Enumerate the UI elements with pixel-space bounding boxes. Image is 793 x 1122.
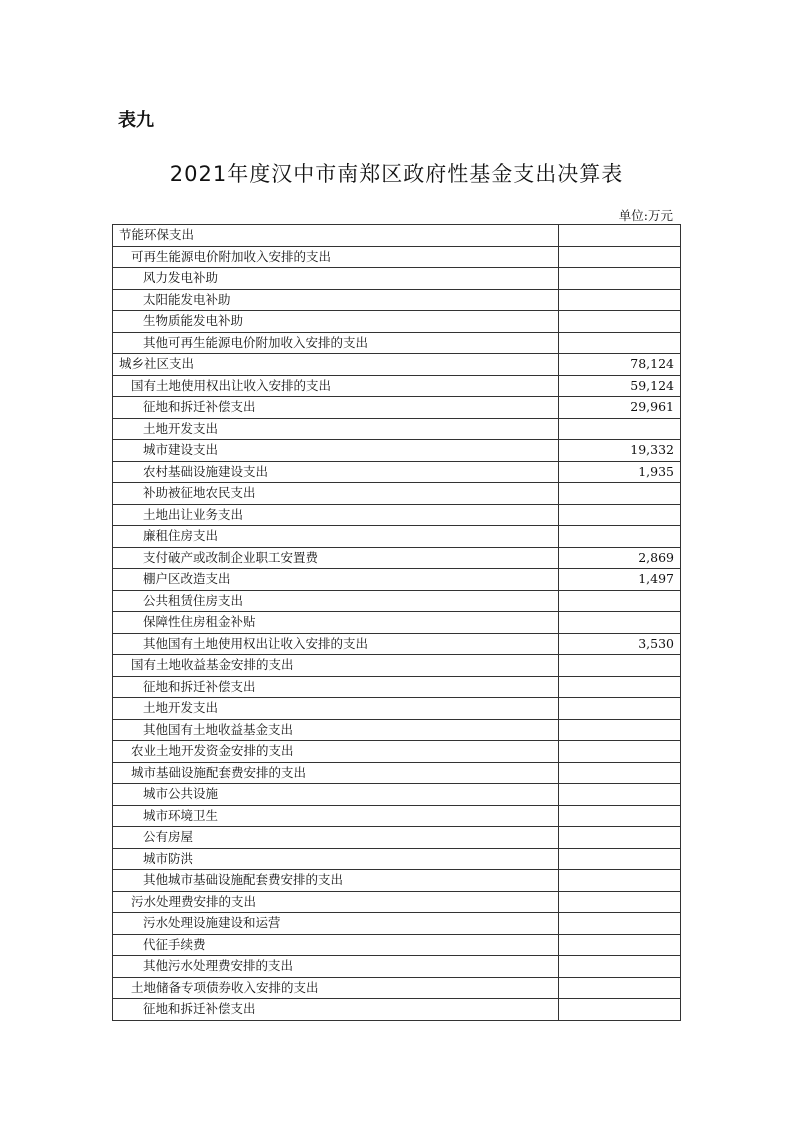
row-value <box>559 719 681 741</box>
table-row: 农业土地开发资金安排的支出 <box>113 741 681 763</box>
row-name: 公共租赁住房支出 <box>113 590 559 612</box>
row-value <box>559 848 681 870</box>
row-value <box>559 870 681 892</box>
table-body: 节能环保支出可再生能源电价附加收入安排的支出风力发电补助太阳能发电补助生物质能发… <box>113 225 681 1021</box>
row-name: 节能环保支出 <box>113 225 559 247</box>
row-name: 棚户区改造支出 <box>113 569 559 591</box>
row-name: 城乡社区支出 <box>113 354 559 376</box>
row-name: 农村基础设施建设支出 <box>113 461 559 483</box>
row-name: 土地开发支出 <box>113 418 559 440</box>
row-name: 污水处理设施建设和运营 <box>113 913 559 935</box>
row-name: 城市建设支出 <box>113 440 559 462</box>
row-name: 其他城市基础设施配套费安排的支出 <box>113 870 559 892</box>
row-name: 城市防洪 <box>113 848 559 870</box>
row-value <box>559 526 681 548</box>
row-value <box>559 805 681 827</box>
table-row: 征地和拆迁补偿支出29,961 <box>113 397 681 419</box>
table-row: 征地和拆迁补偿支出 <box>113 676 681 698</box>
row-name: 国有土地使用权出让收入安排的支出 <box>113 375 559 397</box>
table-row: 廉租住房支出 <box>113 526 681 548</box>
row-value <box>559 676 681 698</box>
row-value <box>559 418 681 440</box>
row-name: 征地和拆迁补偿支出 <box>113 676 559 698</box>
row-name: 补助被征地农民支出 <box>113 483 559 505</box>
table-row: 代征手续费 <box>113 934 681 956</box>
row-value <box>559 999 681 1021</box>
table-row: 补助被征地农民支出 <box>113 483 681 505</box>
table-row: 其他可再生能源电价附加收入安排的支出 <box>113 332 681 354</box>
row-name: 其他污水处理费安排的支出 <box>113 956 559 978</box>
row-value <box>559 289 681 311</box>
row-name: 城市基础设施配套费安排的支出 <box>113 762 559 784</box>
row-name: 其他国有土地收益基金支出 <box>113 719 559 741</box>
row-name: 公有房屋 <box>113 827 559 849</box>
row-value <box>559 741 681 763</box>
row-value <box>559 612 681 634</box>
row-name: 国有土地收益基金安排的支出 <box>113 655 559 677</box>
row-name: 代征手续费 <box>113 934 559 956</box>
row-name: 生物质能发电补助 <box>113 311 559 333</box>
table-row: 其他污水处理费安排的支出 <box>113 956 681 978</box>
row-value: 29,961 <box>559 397 681 419</box>
table-row: 城市基础设施配套费安排的支出 <box>113 762 681 784</box>
table-row: 风力发电补助 <box>113 268 681 290</box>
table-row: 其他国有土地收益基金支出 <box>113 719 681 741</box>
row-name: 太阳能发电补助 <box>113 289 559 311</box>
row-value <box>559 913 681 935</box>
row-name: 农业土地开发资金安排的支出 <box>113 741 559 763</box>
table-row: 污水处理费安排的支出 <box>113 891 681 913</box>
row-name: 污水处理费安排的支出 <box>113 891 559 913</box>
row-name: 土地出让业务支出 <box>113 504 559 526</box>
row-name: 征地和拆迁补偿支出 <box>113 999 559 1021</box>
row-value: 1,935 <box>559 461 681 483</box>
table-row: 节能环保支出 <box>113 225 681 247</box>
row-value <box>559 225 681 247</box>
table-row: 公共租赁住房支出 <box>113 590 681 612</box>
table-row: 国有土地收益基金安排的支出 <box>113 655 681 677</box>
table-row: 城市建设支出19,332 <box>113 440 681 462</box>
table-row: 城市公共设施 <box>113 784 681 806</box>
page-title: 2021年度汉中市南郑区政府性基金支出决算表 <box>0 158 793 188</box>
table-row: 公有房屋 <box>113 827 681 849</box>
unit-label: 单位:万元 <box>619 206 673 224</box>
table-row: 污水处理设施建设和运营 <box>113 913 681 935</box>
row-name: 其他国有土地使用权出让收入安排的支出 <box>113 633 559 655</box>
table-row: 征地和拆迁补偿支出 <box>113 999 681 1021</box>
row-value <box>559 655 681 677</box>
table-row: 保障性住房租金补贴 <box>113 612 681 634</box>
table-row: 其他城市基础设施配套费安排的支出 <box>113 870 681 892</box>
row-value: 2,869 <box>559 547 681 569</box>
table-row: 国有土地使用权出让收入安排的支出59,124 <box>113 375 681 397</box>
table-row: 棚户区改造支出1,497 <box>113 569 681 591</box>
table-row: 土地储备专项债券收入安排的支出 <box>113 977 681 999</box>
row-value: 78,124 <box>559 354 681 376</box>
row-name: 土地储备专项债券收入安排的支出 <box>113 977 559 999</box>
table-row: 城市环境卫生 <box>113 805 681 827</box>
row-value <box>559 332 681 354</box>
row-name: 支付破产或改制企业职工安置费 <box>113 547 559 569</box>
row-value <box>559 483 681 505</box>
row-name: 保障性住房租金补贴 <box>113 612 559 634</box>
row-value <box>559 311 681 333</box>
row-value <box>559 246 681 268</box>
table-row: 可再生能源电价附加收入安排的支出 <box>113 246 681 268</box>
table-row: 城市防洪 <box>113 848 681 870</box>
row-name: 可再生能源电价附加收入安排的支出 <box>113 246 559 268</box>
row-value: 19,332 <box>559 440 681 462</box>
row-value: 3,530 <box>559 633 681 655</box>
row-name: 城市公共设施 <box>113 784 559 806</box>
row-value: 1,497 <box>559 569 681 591</box>
row-value <box>559 891 681 913</box>
row-name: 城市环境卫生 <box>113 805 559 827</box>
row-value <box>559 827 681 849</box>
table-row: 支付破产或改制企业职工安置费2,869 <box>113 547 681 569</box>
table-row: 其他国有土地使用权出让收入安排的支出3,530 <box>113 633 681 655</box>
row-value <box>559 268 681 290</box>
table-row: 太阳能发电补助 <box>113 289 681 311</box>
row-name: 征地和拆迁补偿支出 <box>113 397 559 419</box>
row-value <box>559 762 681 784</box>
row-value <box>559 934 681 956</box>
table-row: 生物质能发电补助 <box>113 311 681 333</box>
table-row: 土地开发支出 <box>113 698 681 720</box>
row-name: 其他可再生能源电价附加收入安排的支出 <box>113 332 559 354</box>
row-value: 59,124 <box>559 375 681 397</box>
row-value <box>559 698 681 720</box>
table-label: 表九 <box>118 106 154 132</box>
table-row: 土地开发支出 <box>113 418 681 440</box>
row-name: 土地开发支出 <box>113 698 559 720</box>
row-value <box>559 590 681 612</box>
row-value <box>559 784 681 806</box>
row-value <box>559 504 681 526</box>
expenditure-table: 节能环保支出可再生能源电价附加收入安排的支出风力发电补助太阳能发电补助生物质能发… <box>112 224 681 1021</box>
table-row: 土地出让业务支出 <box>113 504 681 526</box>
row-name: 风力发电补助 <box>113 268 559 290</box>
table-row: 农村基础设施建设支出1,935 <box>113 461 681 483</box>
row-name: 廉租住房支出 <box>113 526 559 548</box>
table-row: 城乡社区支出78,124 <box>113 354 681 376</box>
row-value <box>559 977 681 999</box>
row-value <box>559 956 681 978</box>
